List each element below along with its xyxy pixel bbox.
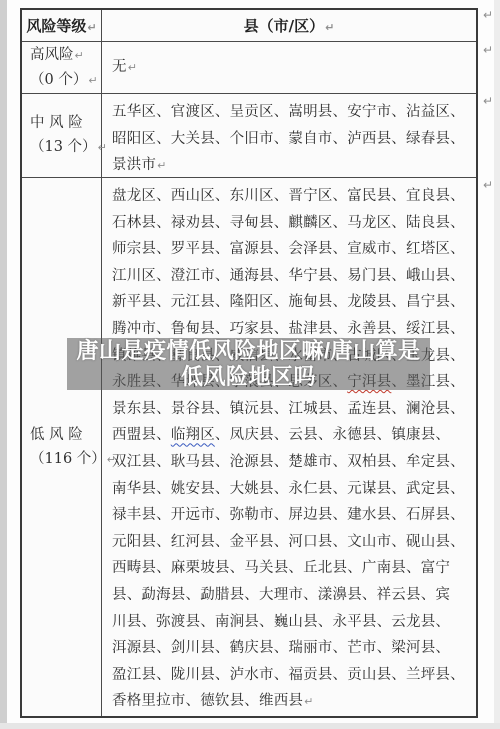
text-line: 石林县、禄劝县、寻甸县、麒麟区、马龙区、陆良县、	[112, 210, 470, 237]
text-line: 盘龙区、西山区、东川区、晋宁区、富民县、宜良县、	[112, 183, 470, 210]
table-row: 高风险↵（0 个）↵ 无↵	[22, 42, 476, 94]
text-line: 香格里拉市、德钦县、维西县↵	[112, 688, 470, 716]
text-line: 新平县、元江县、隆阳区、施甸县、龙陵县、昌宁县、	[112, 289, 470, 316]
paragraph-mark-icon: ↵	[483, 43, 493, 57]
text-line: 高风险↵	[30, 43, 101, 68]
header-cell-county: 县（市/区）↵	[102, 10, 476, 41]
text-line: 洱源县、剑川县、鹤庆县、瑞丽市、芒市、梁河县、	[112, 635, 470, 662]
text-line: 低 风 险	[30, 423, 101, 447]
text-line: 川县、弥渡县、南涧县、巍山县、永平县、云龙县、	[112, 609, 470, 636]
counties-cell-mid-risk: 五华区、官渡区、呈贡区、嵩明县、安宁市、沾益区、昭阳区、大关县、个旧市、蒙自市、…	[102, 94, 476, 177]
level-cell-low-risk: 低 风 险（116 个）↵	[22, 178, 102, 716]
caption-line-1: 唐山是疫情低风险地区嘛/唐山算是	[67, 338, 430, 364]
counties-cell-high-risk: 无↵	[102, 42, 476, 93]
text-line: 元阳县、红河县、金平县、河口县、文山市、砚山县、	[112, 529, 470, 556]
page-left-margin	[0, 0, 7, 729]
paragraph-mark-icon: ↵	[483, 178, 493, 192]
text-line: 无↵	[112, 54, 470, 82]
text-line: 双江县、耿马县、沧源县、楚雄市、双柏县、牟定县、	[112, 449, 470, 476]
counties-cell-low-risk: 盘龙区、西山区、东川区、晋宁区、富民县、宜良县、石林县、禄劝县、寻甸县、麒麟区、…	[102, 178, 476, 716]
text-line: （116 个）↵	[30, 447, 101, 472]
text-line: 五华区、官渡区、呈贡区、嵩明县、安宁市、沾益区、	[112, 99, 470, 126]
text-line: 盈江县、陇川县、泸水市、福贡县、贡山县、兰坪县、	[112, 662, 470, 689]
text-line: 西盟县、临翔区、凤庆县、云县、永德县、镇康县、	[112, 422, 470, 449]
text-line: 江川区、澄江市、通海县、华宁县、易门县、峨山县、	[112, 263, 470, 290]
document-page: 风险等级↵ 县（市/区）↵ 高风险↵（0 个）↵ 无↵ 中 风 险（13 个）↵…	[0, 0, 500, 729]
text-line: 风险等级↵	[26, 15, 96, 36]
caption-overlay: 唐山是疫情低风险地区嘛/唐山算是 低风险地区吗	[67, 338, 430, 390]
caption-line-2: 低风险地区吗	[67, 364, 430, 390]
text-line: 县（市/区）↵	[244, 15, 335, 36]
text-line: 中 风 险	[30, 111, 101, 135]
text-line: 师宗县、罗平县、富源县、会泽县、宣威市、红塔区、	[112, 236, 470, 263]
text-line: 禄丰县、开远市、弥勒市、屏边县、建水县、石屏县、	[112, 502, 470, 529]
level-cell-high-risk: 高风险↵（0 个）↵	[22, 42, 102, 93]
paragraph-mark-icon: ↵	[483, 8, 493, 22]
text-line: 西畴县、麻栗坡县、马关县、丘北县、广南县、富宁	[112, 555, 470, 582]
text-line: （0 个）↵	[30, 68, 101, 93]
level-cell-mid-risk: 中 风 险（13 个）↵	[22, 94, 102, 177]
page-right-margin	[494, 0, 500, 729]
page-bottom-margin	[0, 723, 500, 729]
text-line: 景东县、景谷县、镇沅县、江城县、孟连县、澜沧县、	[112, 396, 470, 423]
table-row: 低 风 险（116 个）↵ 盘龙区、西山区、东川区、晋宁区、富民县、宜良县、石林…	[22, 178, 476, 716]
text-line: 南华县、姚安县、大姚县、永仁县、元谋县、武定县、	[112, 476, 470, 503]
header-cell-risk-level: 风险等级↵	[22, 10, 102, 41]
text-line: 县、勐海县、勐腊县、大理市、漾濞县、祥云县、宾	[112, 582, 470, 609]
table-header-row: 风险等级↵ 县（市/区）↵	[22, 10, 476, 42]
text-line: （13 个）↵	[30, 135, 101, 160]
text-line: 景洪市↵	[112, 152, 470, 180]
table-row: 中 风 险（13 个）↵ 五华区、官渡区、呈贡区、嵩明县、安宁市、沾益区、昭阳区…	[22, 94, 476, 178]
text-line: 昭阳区、大关县、个旧市、蒙自市、泸西县、绿春县、	[112, 126, 470, 153]
paragraph-mark-icon: ↵	[483, 94, 493, 108]
